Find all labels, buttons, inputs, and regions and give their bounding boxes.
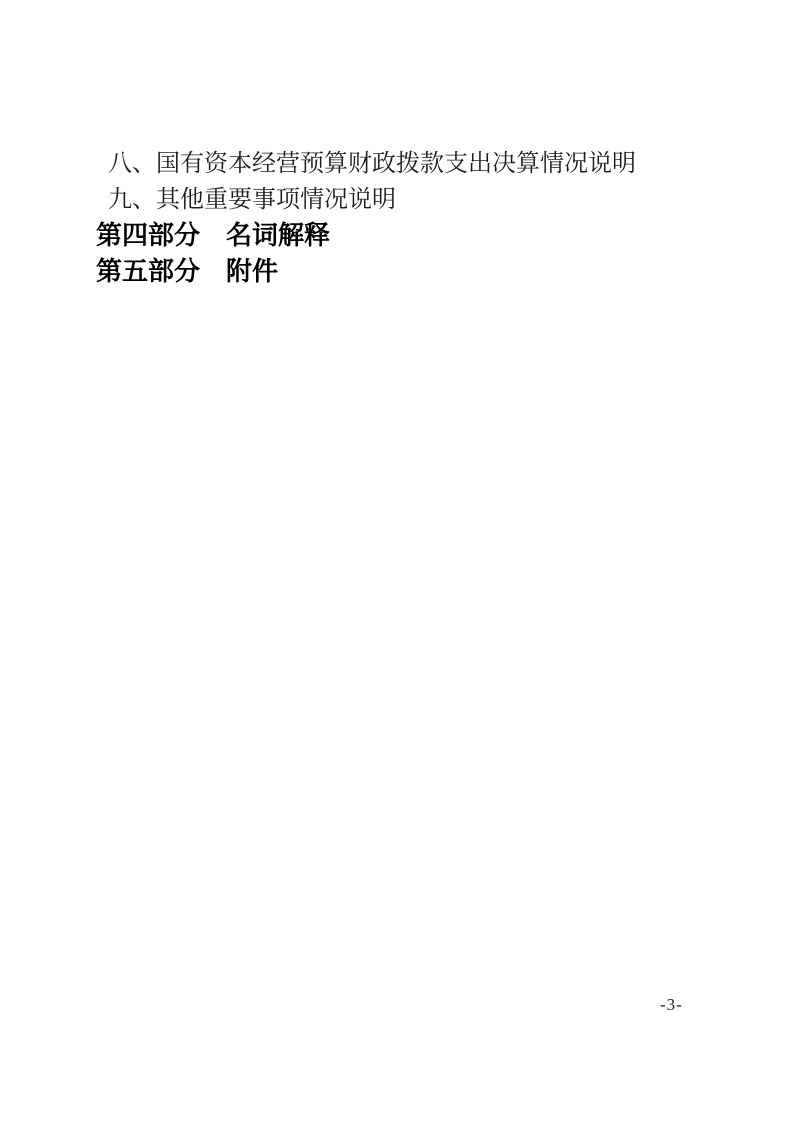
toc-entry-part-5-heading: 第五部分 附件 [96,254,704,290]
toc-entry-section-9: 九、其他重要事项情况说明 [96,182,704,218]
toc-entry-section-8: 八、国有资本经营预算财政拨款支出决算情况说明 [96,146,704,182]
document-page: 八、国有资本经营预算财政拨款支出决算情况说明 九、其他重要事项情况说明 第四部分… [0,0,794,1123]
page-number: -3- [660,995,683,1015]
table-of-contents: 八、国有资本经营预算财政拨款支出决算情况说明 九、其他重要事项情况说明 第四部分… [96,146,704,290]
toc-entry-part-4-heading: 第四部分 名词解释 [96,218,704,254]
